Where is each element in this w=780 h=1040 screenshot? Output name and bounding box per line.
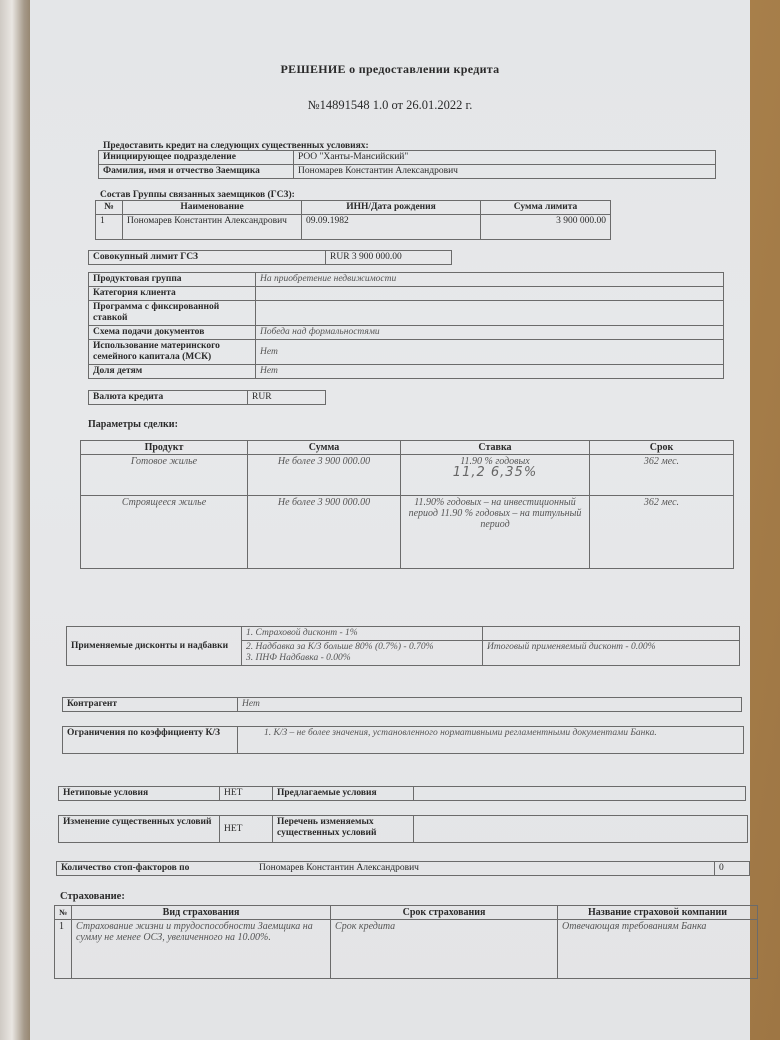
header-cell: Ставка — [401, 441, 590, 455]
changes-table: Изменение существенных условий НЕТ Переч… — [58, 815, 748, 843]
cell-value: Победа над формальностями — [256, 326, 724, 340]
gsz-caption: Состав Группы связанных заемщиков (ГСЗ): — [100, 190, 295, 200]
conditions-table: Инициирующее подразделение РОО "Ханты-Ма… — [98, 150, 716, 179]
cell-num: 1 — [96, 215, 123, 240]
table-row: Программа с фиксированной ставкой — [89, 301, 724, 326]
cell-value: RUR — [248, 391, 326, 405]
table-row: Применяемые дисконты и надбавки 1. Страх… — [67, 627, 740, 641]
cell-label: Применяемые дисконты и надбавки — [67, 627, 242, 666]
cell-count: 0 — [715, 862, 750, 876]
table-row: Количество стоп-факторов по Пономарев Ко… — [57, 862, 750, 876]
table-row: 1 Страхование жизни и трудоспособности З… — [55, 920, 758, 979]
table-row: Изменение существенных условий НЕТ Переч… — [59, 816, 748, 843]
document-number: №14891548 1.0 от 26.01.2022 г. — [0, 98, 780, 113]
table-row: Доля детям Нет — [89, 365, 724, 379]
cell-label: Использование материнского семейного кап… — [89, 340, 256, 365]
cell-value: 1. К/З – не более значения, установленно… — [238, 727, 744, 754]
stop-factors-table: Количество стоп-факторов по Пономарев Ко… — [56, 861, 750, 876]
cell-value: НЕТ — [220, 816, 273, 843]
cell-value: На приобретение недвижимости — [256, 273, 724, 287]
document-title: РЕШЕНИЕ о предоставлении кредита — [0, 62, 780, 77]
cell-company: Отвечающая требованиям Банка — [558, 920, 758, 979]
header-cell: ИНН/Дата рождения — [302, 201, 481, 215]
cell-label: Схема подачи документов — [89, 326, 256, 340]
cell-label: Ограничения по коэффициенту К/З — [63, 727, 238, 754]
discounts-table: Применяемые дисконты и надбавки 1. Страх… — [66, 626, 740, 666]
header-cell: № — [55, 906, 72, 920]
table-header-row: Продукт Сумма Ставка Срок — [81, 441, 734, 455]
header-cell: № — [96, 201, 123, 215]
cell-label: Перечень изменяемых существенных условий — [273, 816, 414, 843]
cell-value — [414, 787, 746, 801]
cell-product: Строящееся жилье — [81, 496, 248, 569]
header-cell: Срок — [590, 441, 734, 455]
cell-limit: 3 900 000.00 — [481, 215, 611, 240]
cell-value — [256, 301, 724, 326]
cell-value: Нет — [238, 698, 742, 712]
cell-value: РОО "Ханты-Мансийский" — [294, 151, 716, 165]
header-cell: Название страховой компании — [558, 906, 758, 920]
cell-label: Программа с фиксированной ставкой — [89, 301, 256, 326]
cell-value: RUR 3 900 000.00 — [326, 251, 452, 265]
gsz-table: № Наименование ИНН/Дата рождения Сумма л… — [95, 200, 611, 240]
cell-amount: Не более 3 900 000.00 — [248, 496, 401, 569]
counterparty-table: Контрагент Нет — [62, 697, 742, 712]
cell-amount: Не более 3 900 000.00 — [248, 455, 401, 496]
table-row: Совокупный лимит ГСЗ RUR 3 900 000.00 — [89, 251, 452, 265]
table-row: Готовое жилье Не более 3 900 000.00 11.9… — [81, 455, 734, 496]
cell-name: Пономарев Константин Александрович — [123, 215, 302, 240]
table-header-row: № Наименование ИНН/Дата рождения Сумма л… — [96, 201, 611, 215]
discount-item: 2. Надбавка за К/З больше 80% (0.7%) - 0… — [246, 642, 478, 653]
cell-dob: 09.09.1982 — [302, 215, 481, 240]
table-row: Инициирующее подразделение РОО "Ханты-Ма… — [99, 151, 716, 165]
currency-table: Валюта кредита RUR — [88, 390, 326, 405]
cell-term: 362 мес. — [590, 496, 734, 569]
table-row: Категория клиента — [89, 287, 724, 301]
cell-term: Срок кредита — [331, 920, 558, 979]
cell-value: Нет — [256, 365, 724, 379]
cell-label: Доля детям — [89, 365, 256, 379]
cell-rate: 11.90 % годовых 11,2 6,35% — [401, 455, 590, 496]
cell-num: 1 — [55, 920, 72, 979]
discount-total: Итоговый применяемый дисконт - 0.00% — [483, 641, 740, 666]
table-row: Строящееся жилье Не более 3 900 000.00 1… — [81, 496, 734, 569]
table-row: Ограничения по коэффициенту К/З 1. К/З –… — [63, 727, 744, 754]
table-row: Фамилия, имя и отчество Заемщика Пономар… — [99, 165, 716, 179]
cell-value: НЕТ — [220, 787, 273, 801]
discount-item: 1. Страховой дисконт - 1% — [242, 627, 483, 641]
cell-type: Страхование жизни и трудоспособности Зае… — [72, 920, 331, 979]
cell-label: Совокупный лимит ГСЗ — [89, 251, 326, 265]
cell-label: Продуктовая группа — [89, 273, 256, 287]
discount-item: 3. ПНФ Надбавка - 0.00% — [246, 653, 478, 664]
kz-limits-table: Ограничения по коэффициенту К/З 1. К/З –… — [62, 726, 744, 754]
header-cell: Сумма лимита — [481, 201, 611, 215]
table-row: Схема подачи документов Победа над форма… — [89, 326, 724, 340]
table-header-row: № Вид страхования Срок страхования Назва… — [55, 906, 758, 920]
cell-label: Предлагаемые условия — [273, 787, 414, 801]
header-cell: Наименование — [123, 201, 302, 215]
table-row: 1 Пономарев Константин Александрович 09.… — [96, 215, 611, 240]
total-limit-table: Совокупный лимит ГСЗ RUR 3 900 000.00 — [88, 250, 452, 265]
deal-params-table: Продукт Сумма Ставка Срок Готовое жилье … — [80, 440, 734, 569]
cell-value: Нет — [256, 340, 724, 365]
cell-product: Готовое жилье — [81, 455, 248, 496]
table-row: Продуктовая группа На приобретение недви… — [89, 273, 724, 287]
handwritten-note: 11,2 6,35% — [405, 467, 585, 478]
cell-label: Контрагент — [63, 698, 238, 712]
cell-label: Инициирующее подразделение — [99, 151, 294, 165]
cell-label: Валюта кредита — [89, 391, 248, 405]
cell-label: Нетиповые условия — [59, 787, 220, 801]
cell-label: Категория клиента — [89, 287, 256, 301]
cell-term: 362 мес. — [590, 455, 734, 496]
header-cell: Срок страхования — [331, 906, 558, 920]
header-cell: Сумма — [248, 441, 401, 455]
insurance-caption: Страхование: — [60, 891, 125, 902]
cell-label: Изменение существенных условий — [59, 816, 220, 843]
cell-empty — [483, 627, 740, 641]
product-info-table: Продуктовая группа На приобретение недви… — [88, 272, 724, 379]
insurance-table: № Вид страхования Срок страхования Назва… — [54, 905, 758, 979]
cell-rate: 11.90% годовых – на инвестиционный перио… — [401, 496, 590, 569]
header-cell: Продукт — [81, 441, 248, 455]
cell-label: Фамилия, имя и отчество Заемщика — [99, 165, 294, 179]
cell-value — [414, 816, 748, 843]
discount-items-cell: 2. Надбавка за К/З больше 80% (0.7%) - 0… — [242, 641, 483, 666]
cell-name: Пономарев Константин Александрович — [255, 862, 715, 876]
deal-params-caption: Параметры сделки: — [88, 419, 178, 430]
header-cell: Вид страхования — [72, 906, 331, 920]
cell-value: Пономарев Константин Александрович — [294, 165, 716, 179]
table-row: Валюта кредита RUR — [89, 391, 326, 405]
cell-label: Количество стоп-факторов по — [57, 862, 256, 876]
cell-value — [256, 287, 724, 301]
table-row: Использование материнского семейного кап… — [89, 340, 724, 365]
table-row: Контрагент Нет — [63, 698, 742, 712]
atypical-table: Нетиповые условия НЕТ Предлагаемые услов… — [58, 786, 746, 801]
table-row: Нетиповые условия НЕТ Предлагаемые услов… — [59, 787, 746, 801]
